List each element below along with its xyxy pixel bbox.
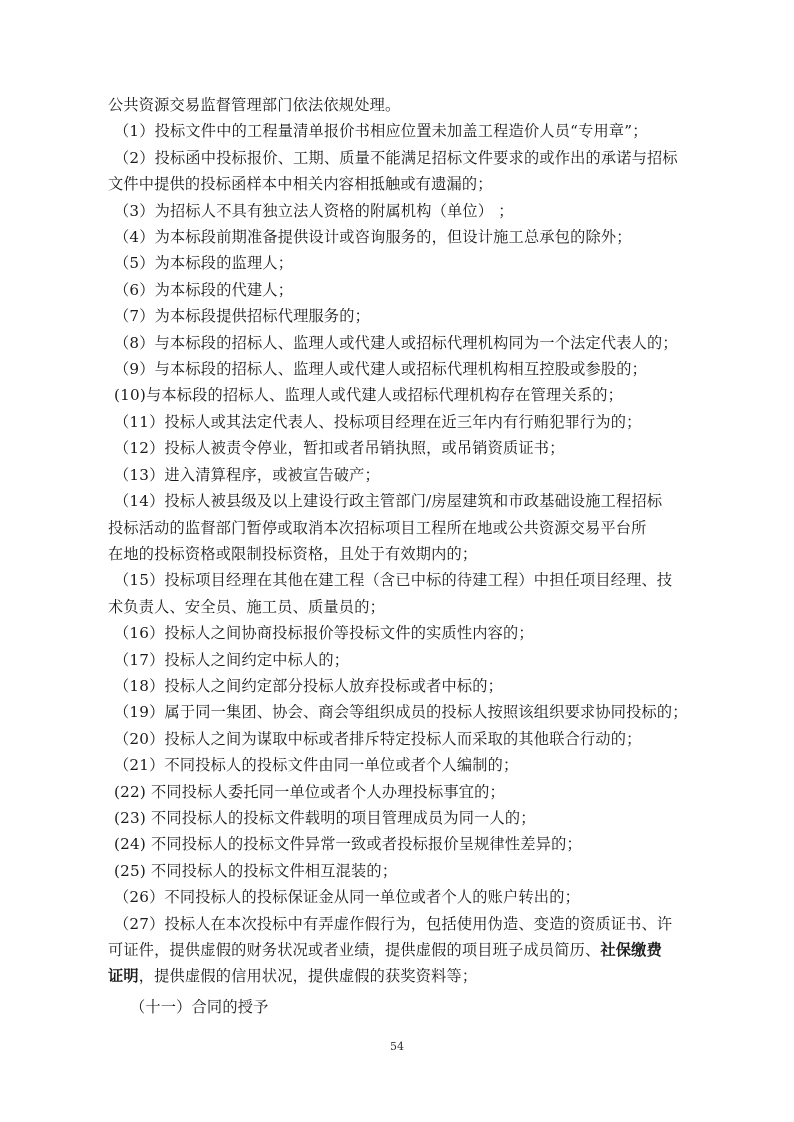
list-item: （20）投标人之间为谋取中标或者排斥特定投标人而采取的其他联合行动的； bbox=[108, 726, 692, 752]
bold-text-span: 社保缴费 bbox=[600, 941, 662, 959]
list-item: （7）为本标段提供招标代理服务的； bbox=[108, 303, 692, 329]
disqualification-list: （1）投标文件中的工程量清单报价书相应位置未加盖工程造价人员“专用章”；（2）投… bbox=[108, 118, 692, 910]
document-page: 公共资源交易监督管理部门依法依规处理。 （1）投标文件中的工程量清单报价书相应位… bbox=[108, 92, 692, 1020]
list-item: （9）与本标段的招标人、监理人或代建人或招标代理机构相互控股或参股的； bbox=[108, 356, 692, 382]
list-item: （4）为本标段前期准备提供设计或咨询服务的，但设计施工总承包的除外； bbox=[108, 224, 692, 250]
intro-paragraph: 公共资源交易监督管理部门依法依规处理。 bbox=[108, 92, 692, 118]
list-item: （3）为招标人不具有独立法人资格的附属机构（单位） ； bbox=[108, 198, 692, 224]
list-item-27-line-2: 可证件，提供虚假的财务状况或者业绩，提供虚假的项目班子成员简历、社保缴费 bbox=[108, 937, 692, 963]
list-item: (24) 不同投标人的投标文件异常一致或者投标报价呈规律性差异的； bbox=[108, 831, 692, 857]
list-item: (25) 不同投标人的投标文件相互混装的； bbox=[108, 858, 692, 884]
section-heading: （十一）合同的授予 bbox=[108, 994, 692, 1020]
list-item: (10)与本标段的招标人、监理人或代建人或招标代理机构存在管理关系的； bbox=[108, 382, 692, 408]
list-item: 投标活动的监督部门暂停或取消本次招标项目工程所在地或公共资源交易平台所 bbox=[108, 515, 692, 541]
list-item: （1）投标文件中的工程量清单报价书相应位置未加盖工程造价人员“专用章”； bbox=[108, 118, 692, 144]
bold-text-span: 证明 bbox=[108, 967, 139, 985]
list-item: （19）属于同一集团、协会、商会等组织成员的投标人按照该组织要求协同投标的； bbox=[108, 699, 692, 725]
list-item: （5）为本标段的监理人； bbox=[108, 250, 692, 276]
list-item: （2）投标函中投标报价、工期、质量不能满足招标文件要求的或作出的承诺与招标 bbox=[108, 145, 692, 171]
list-item: （15）投标项目经理在其他在建工程（含已中标的待建工程）中担任项目经理、技 bbox=[108, 567, 692, 593]
list-item: (23) 不同投标人的投标文件载明的项目管理成员为同一人的； bbox=[108, 805, 692, 831]
list-item: （11）投标人或其法定代表人、投标项目经理在近三年内有行贿犯罪行为的； bbox=[108, 409, 692, 435]
text-span: 可证件，提供虚假的财务状况或者业绩，提供虚假的项目班子成员简历、 bbox=[108, 941, 600, 959]
list-item-27-line-3: 证明，提供虚假的信用状况，提供虚假的获奖资料等； bbox=[108, 963, 692, 989]
text-span: ，提供虚假的信用状况，提供虚假的获奖资料等； bbox=[139, 967, 478, 985]
list-item-27-line-1: （27）投标人在本次投标中有弄虚作假行为，包括使用伪造、变造的资质证书、许 bbox=[108, 911, 692, 937]
list-item: 在地的投标资格或限制投标资格，且处于有效期内的； bbox=[108, 541, 692, 567]
list-item: （8）与本标段的招标人、监理人或代建人或招标代理机构同为一个法定代表人的； bbox=[108, 330, 692, 356]
list-item: （6）为本标段的代建人； bbox=[108, 277, 692, 303]
list-item: （16）投标人之间协商投标报价等投标文件的实质性内容的； bbox=[108, 620, 692, 646]
list-item: 术负责人、安全员、施工员、质量员的； bbox=[108, 594, 692, 620]
list-item: 文件中提供的投标函样本中相关内容相抵触或有遗漏的； bbox=[108, 171, 692, 197]
list-item: (22) 不同投标人委托同一单位或者个人办理投标事宜的； bbox=[108, 779, 692, 805]
list-item: （26）不同投标人的投标保证金从同一单位或者个人的账户转出的； bbox=[108, 884, 692, 910]
list-item: （13）进入清算程序，或被宣告破产； bbox=[108, 462, 692, 488]
list-item: （17）投标人之间约定中标人的； bbox=[108, 647, 692, 673]
list-item: （18）投标人之间约定部分投标人放弃投标或者中标的； bbox=[108, 673, 692, 699]
list-item: （21）不同投标人的投标文件由同一单位或者个人编制的； bbox=[108, 752, 692, 778]
page-number: 54 bbox=[0, 1040, 794, 1053]
list-item: （14）投标人被县级及以上建设行政主管部门/房屋建筑和市政基础设施工程招标 bbox=[108, 488, 692, 514]
list-item: （12）投标人被责令停业，暂扣或者吊销执照，或吊销资质证书； bbox=[108, 435, 692, 461]
